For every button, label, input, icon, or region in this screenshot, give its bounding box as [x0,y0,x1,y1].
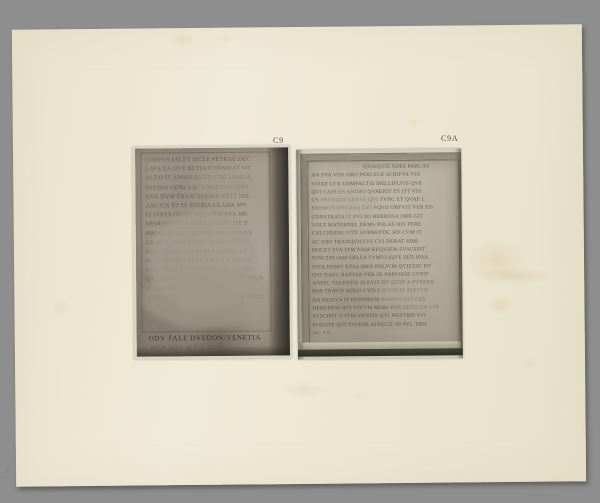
photo-right-tablet: QVISQVIS ADES PARCAS AN SVA VOS ORO PERL… [296,148,463,359]
photo-vignette [296,148,463,359]
photograph-scene: 180 C9 C9A CORPVS IACET ISCLE PETRAE DEC… [0,0,600,503]
photo-left-tablet: CORPVS IACET ISCLE PETRAE DEC LAVS EA QV… [132,145,292,359]
foxing-stain [220,34,232,43]
foxing-stain [522,358,538,370]
foxing-stain [488,296,514,314]
foxing-stain [170,34,196,46]
plate-label-c9: C9 [273,136,284,145]
stone-slab-left: CORPVS IACET ISCLE PETRAE DEC LAVS EA QV… [135,147,290,356]
pencil-accession-mark: 180 [3,465,14,480]
plate-label-c9a: C9A [441,134,459,143]
foxing-stain [350,392,370,402]
foxing-stain [406,118,420,127]
inscription-bottom-line: ODV·FALE DVEDON·VENETIA [149,333,270,343]
stone-edge-shadow [266,147,290,355]
stone-bottom-shadow [137,345,290,356]
foxing-stain [50,298,72,318]
foxing-stain [474,268,552,284]
foxing-stain [282,382,328,398]
